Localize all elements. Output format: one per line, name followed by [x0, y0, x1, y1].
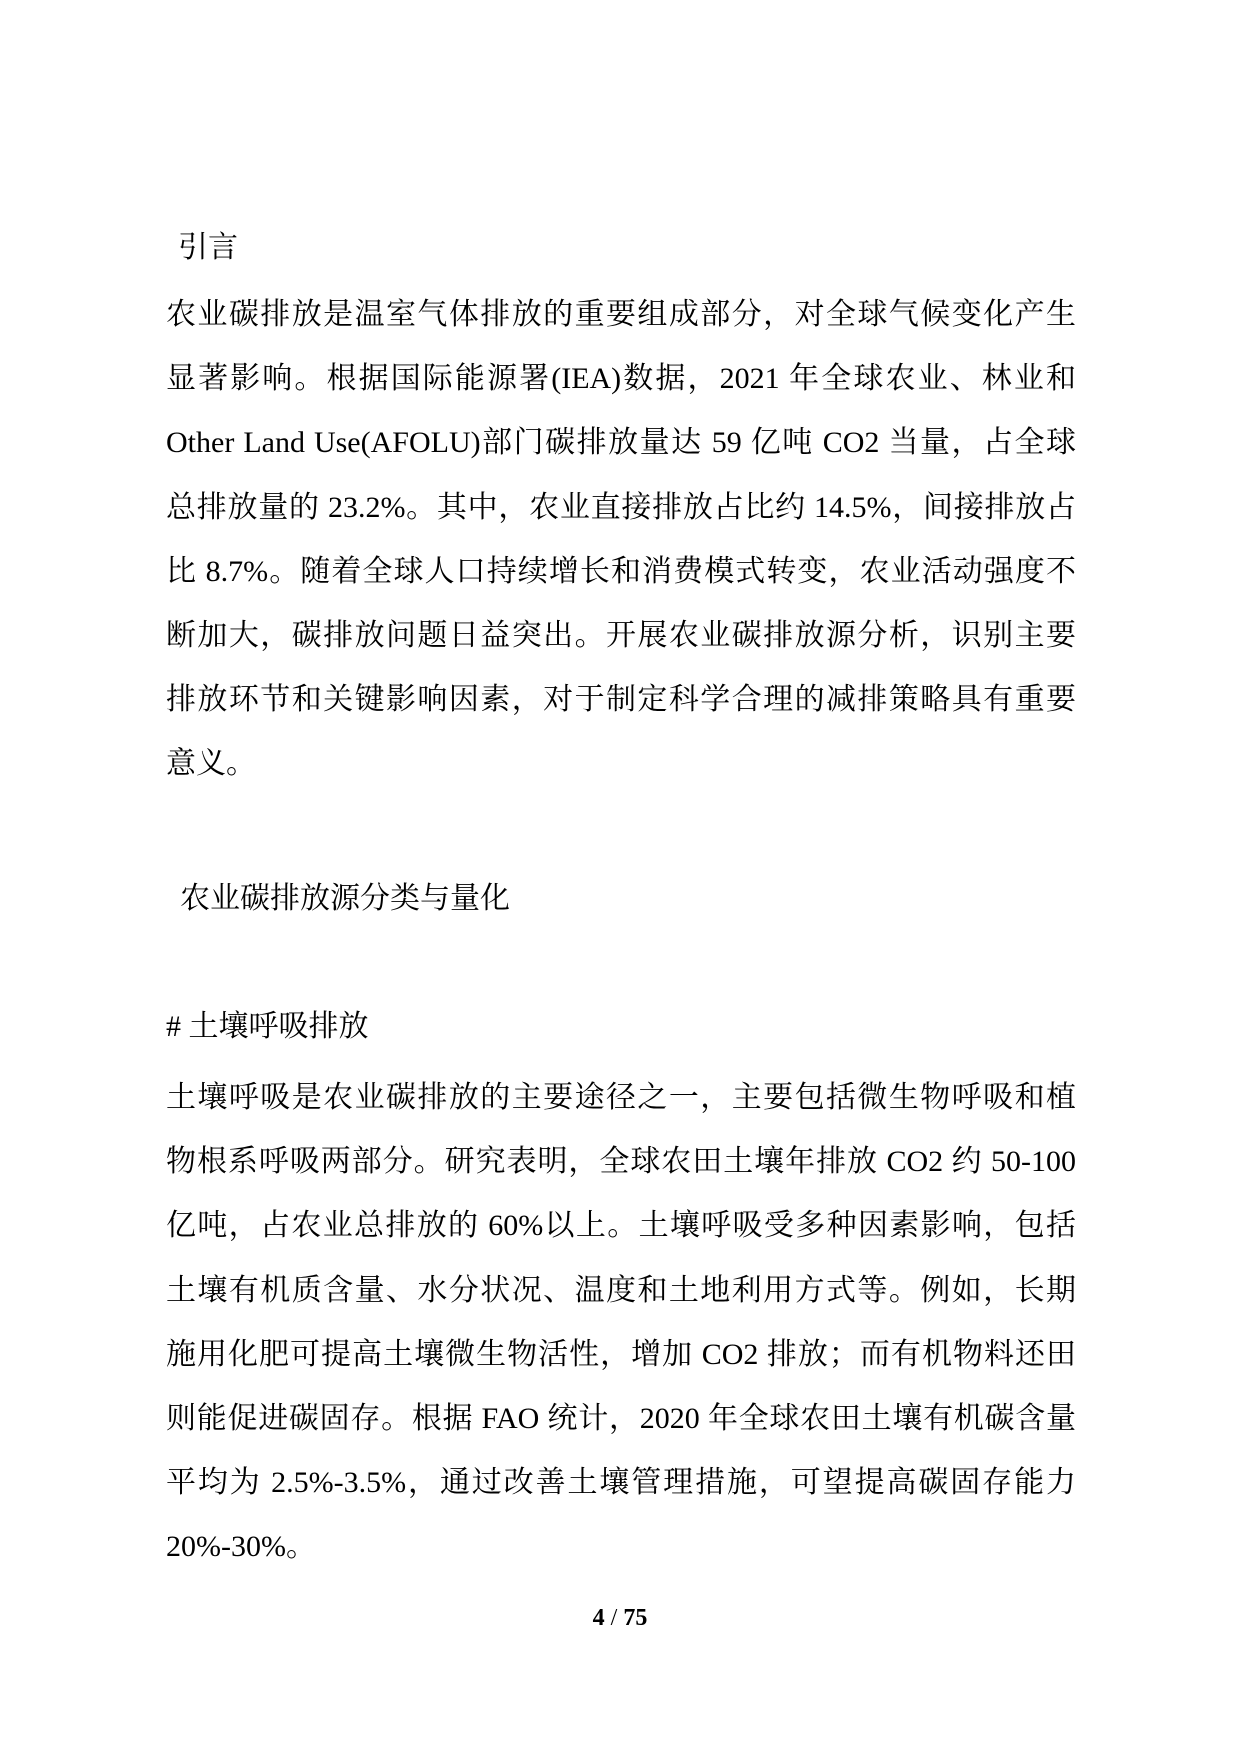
page-footer: 4/75 — [0, 1603, 1240, 1633]
paragraph-line: 则能促进碳固存。根据 FAO 统计，2020 年全球农田土壤有机碳含量 — [166, 1387, 1076, 1451]
intro-paragraph: 农业碳排放是温室气体排放的重要组成部分，对全球气候变化产生 显著影响。根据国际能… — [166, 283, 1076, 797]
paragraph-line: 物根系呼吸两部分。研究表明，全球农田土壤年排放 CO2 约 50-100 — [166, 1130, 1076, 1194]
intro-heading: 引言 — [178, 231, 238, 265]
paragraph-line: 平均为 2.5%-3.5%，通过改善土壤管理措施，可望提高碳固存能力 — [166, 1451, 1076, 1515]
paragraph-line: 排放环节和关键影响因素，对于制定科学合理的减排策略具有重要 — [166, 668, 1076, 732]
paragraph-line: 比 8.7%。随着全球人口持续增长和消费模式转变，农业活动强度不 — [166, 540, 1076, 604]
subsection-heading: # 土壤呼吸排放 — [166, 1010, 369, 1044]
paragraph-line: 施用化肥可提高土壤微生物活性，增加 CO2 排放；而有机物料还田 — [166, 1323, 1076, 1387]
paragraph-line: 土壤有机质含量、水分状况、温度和土地利用方式等。例如，长期 — [166, 1259, 1076, 1323]
section-heading: 农业碳排放源分类与量化 — [180, 882, 510, 916]
paragraph-line: 断加大，碳排放问题日益突出。开展农业碳排放源分析，识别主要 — [166, 604, 1076, 668]
paragraph-line: 意义。 — [166, 732, 1076, 796]
paragraph-line: 总排放量的 23.2%。其中，农业直接排放占比约 14.5%，间接排放占 — [166, 476, 1076, 540]
paragraph-line: 20%-30%。 — [166, 1515, 1076, 1579]
soil-paragraph: 土壤呼吸是农业碳排放的主要途径之一，主要包括微生物呼吸和植 物根系呼吸两部分。研… — [166, 1066, 1076, 1580]
paragraph-line: 亿吨，占农业总排放的 60%以上。土壤呼吸受多种因素影响，包括 — [166, 1194, 1076, 1258]
paragraph-line: 土壤呼吸是农业碳排放的主要途径之一，主要包括微生物呼吸和植 — [166, 1066, 1076, 1130]
page-total: 75 — [623, 1605, 647, 1631]
paragraph-line: 显著影响。根据国际能源署(IEA)数据，2021 年全球农业、林业和 — [166, 347, 1076, 411]
paragraph-line: Other Land Use(AFOLU)部门碳排放量达 59 亿吨 CO2 当… — [166, 411, 1076, 475]
page-separator: / — [605, 1605, 624, 1631]
document-page: 引言 农业碳排放是温室气体排放的重要组成部分，对全球气候变化产生 显著影响。根据… — [0, 0, 1240, 1753]
paragraph-line: 农业碳排放是温室气体排放的重要组成部分，对全球气候变化产生 — [166, 283, 1076, 347]
page-number: 4 — [593, 1605, 605, 1631]
